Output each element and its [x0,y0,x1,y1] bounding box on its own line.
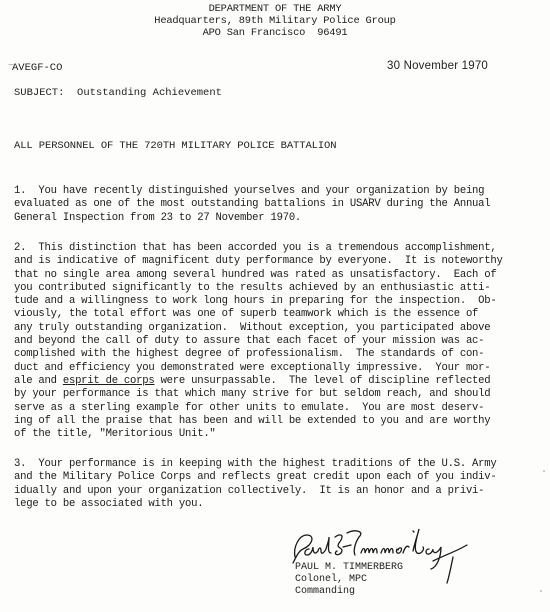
scan-mark [540,590,542,592]
paragraph-line: idually and upon your organization colle… [14,485,544,498]
paragraph-line: General Inspection from 23 to 27 Novembe… [14,212,544,225]
paragraph-line: tude and a willingness to work long hour… [14,295,544,308]
paragraph-3: 3. Your performance is in keeping with t… [14,458,544,511]
signer-rank: Colonel, MPC [295,574,403,586]
paragraph-line: duct and efficiency you demonstrated wer… [14,362,544,375]
paragraph-line-esprit: ale and esprit de corps were unsurpassab… [14,375,544,388]
paragraph-line: lege to be associated with you. [14,498,544,511]
paragraph-line: by your performance is that which many s… [14,388,544,401]
signature-block: PAUL M. TIMMERBERG Colonel, MPC Commandi… [285,535,485,610]
letter-date: 30 November 1970 [387,60,488,72]
paragraph-line: serve as a sterling example for other un… [14,402,544,415]
paragraph-line: 3. Your performance is in keeping with t… [14,458,544,471]
paragraph-2: 2. This distinction that has been accord… [14,242,544,441]
paragraph-line: evaluated as one of the most outstanding… [14,198,544,211]
paragraph-line: and beyond the call of duty to assure th… [14,335,544,348]
subject-line: SUBJECT: Outstanding Achievement [14,87,222,99]
letterhead-headquarters: Headquarters, 89th Military Police Group [0,15,550,27]
scan-mark [543,470,545,472]
paragraph-line: any truly outstanding organization. With… [14,322,544,335]
addressee-line: ALL PERSONNEL OF THE 720TH MILITARY POLI… [14,140,336,152]
paragraph-line: 1. You have recently distinguished yours… [14,185,544,198]
paragraph-line: 2. This distinction that has been accord… [14,242,544,255]
subject-text: Outstanding Achievement [77,87,222,99]
letterhead-address: APO San Francisco 96491 [0,27,550,39]
paragraph-line: complished with the highest degree of pr… [14,348,544,361]
subject-label: SUBJECT: [14,87,64,99]
letter-page: DEPARTMENT OF THE ARMY Headquarters, 89t… [0,0,550,612]
line-end: were unsurpassable. The level of discipl… [154,375,490,387]
underlined-phrase: esprit de corps [63,375,155,387]
paragraph-line: and the Military Police Corps and reflec… [14,471,544,484]
line-start: ale and [14,375,63,387]
paragraph-line: ing of all the praise that has been and … [14,415,544,428]
scan-mark [368,197,370,199]
paragraph-line: that no single area among several hundre… [14,269,544,282]
paragraph-1: 1. You have recently distinguished yours… [14,185,544,225]
signature-text: PAUL M. TIMMERBERG Colonel, MPC Commandi… [295,562,403,598]
letterhead: DEPARTMENT OF THE ARMY Headquarters, 89t… [0,3,550,39]
paragraph-line: of the title, "Meritorious Unit." [14,428,544,441]
paragraph-line: viously, the total effort was one of sup… [14,308,544,321]
paragraph-line: and is indicative of magnificent duty pe… [14,255,544,268]
scan-mark [8,64,14,65]
signer-name: PAUL M. TIMMERBERG [295,562,403,574]
letterhead-department: DEPARTMENT OF THE ARMY [0,3,550,15]
office-symbol: AVEGF-CO [12,62,62,74]
paragraph-line: you contributed significantly to the res… [14,282,544,295]
signer-title: Commanding [295,586,403,598]
